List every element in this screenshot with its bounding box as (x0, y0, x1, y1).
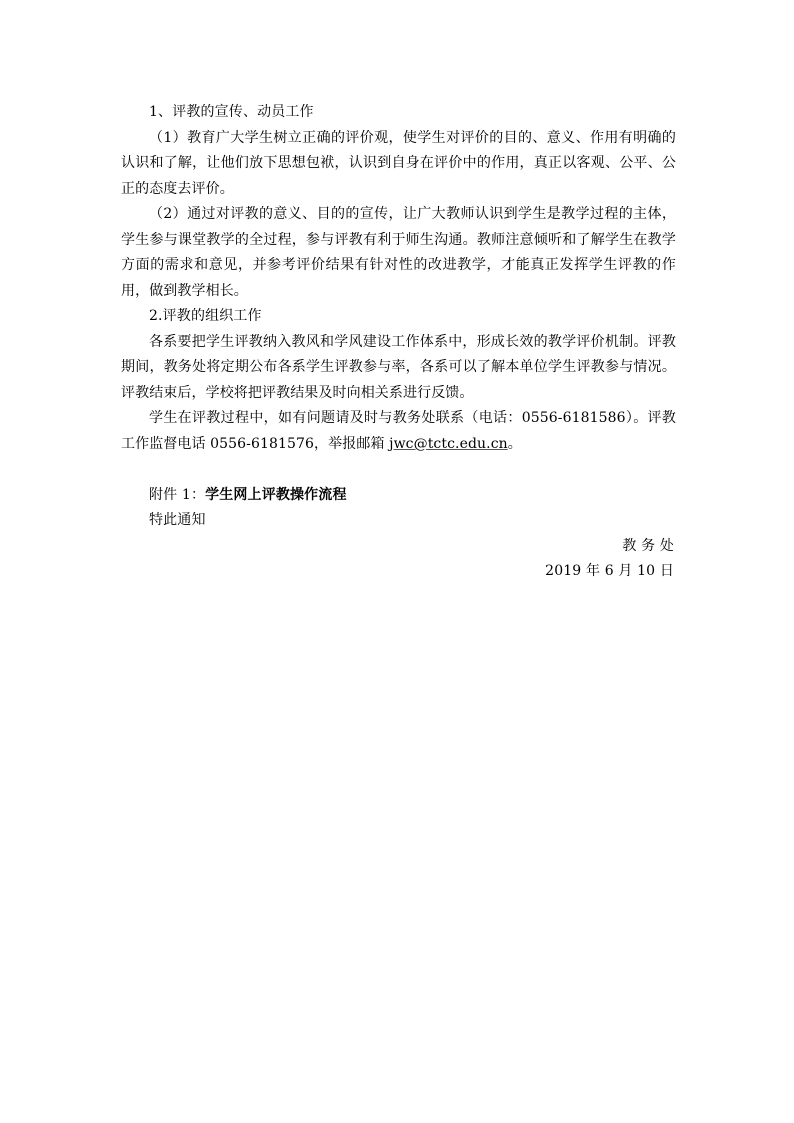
signature: 教 务 处 (121, 534, 676, 560)
contact-paragraph: 学生在评教过程中，如有问题请及时与教务处联系（电话：0556-6181586）。… (121, 406, 676, 457)
section1-heading: 1、评教的宣传、动员工作 (121, 100, 676, 126)
section2-body: 各系要把学生评教纳入教风和学风建设工作体系中，形成长效的教学评价机制。评教期间，… (121, 330, 676, 407)
section2-heading: 2.评教的组织工作 (121, 304, 676, 330)
attachment-line: 附件 1：学生网上评教操作流程 (121, 483, 676, 509)
document-page: 1、评教的宣传、动员工作 （1）教育广大学生树立正确的评价观，使学生对评价的目的… (121, 100, 676, 585)
report-email-link[interactable]: jwc@tctc.edu.cn (389, 436, 508, 452)
contact-text-end: 。 (508, 436, 522, 452)
blank-line (121, 457, 676, 483)
attachment-title: 学生网上评教操作流程 (205, 487, 347, 503)
section1-item2: （2）通过对评教的意义、目的的宣传，让广大教师认识到学生是教学过程的主体，学生参… (121, 202, 676, 304)
closing-text: 特此通知 (121, 508, 676, 534)
date: 2019 年 6 月 10 日 (121, 559, 676, 585)
section1-item1: （1）教育广大学生树立正确的评价观，使学生对评价的目的、意义、作用有明确的认识和… (121, 126, 676, 203)
attachment-label: 附件 1： (149, 487, 205, 503)
